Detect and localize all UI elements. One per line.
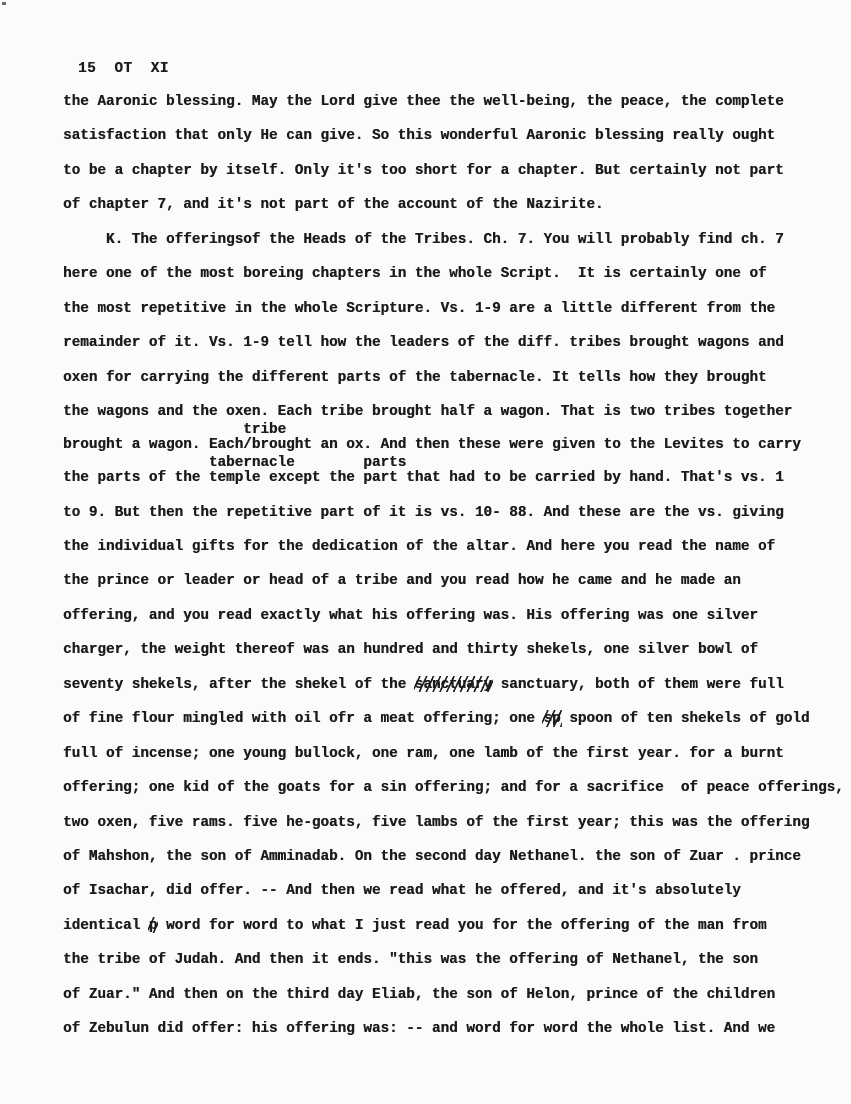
text-line: K. The offeringsof the Heads of the Trib… [63, 232, 784, 248]
text-line: the tribe of Judah. And then it ends. "t… [63, 952, 758, 968]
text-line: satisfaction that only He can give. So t… [63, 128, 775, 144]
text-line: the prince or leader or head of a tribe … [63, 573, 741, 589]
text-line: here one of the most boreing chapters in… [63, 266, 767, 282]
text-line: the parts of the temple except the part … [63, 470, 784, 486]
text-line: the wagons and the oxen. Each tribe brou… [63, 404, 792, 420]
text-line: to be a chapter by itself. Only it's too… [63, 163, 784, 179]
text-line: the individual gifts for the dedication … [63, 539, 775, 555]
struck-out-word: sp [543, 711, 560, 727]
text-line: seventy shekels, after the shekel of the… [63, 677, 784, 693]
text-line: of Isachar, did offer. -- And then we re… [63, 883, 741, 899]
text-line: identical p word for word to what I just… [63, 918, 767, 934]
text-line: of Zuar." And then on the third day Elia… [63, 987, 775, 1003]
text-line: remainder of it. Vs. 1-9 tell how the le… [63, 335, 784, 351]
text-line: of Mahshon, the son of Amminadab. On the… [63, 849, 801, 865]
interlinear-correction: tabernacle parts [63, 455, 406, 471]
text-line: of Zebulun did offer: his offering was: … [63, 1021, 775, 1037]
text-line: of chapter 7, and it's not part of the a… [63, 197, 604, 213]
scanned-document-page: 15 OT XI the Aaronic blessing. May the L… [0, 0, 851, 1104]
scan-artifact [2, 2, 6, 5]
text-line: charger, the weight thereof was an hundr… [63, 642, 758, 658]
text-line: full of incense; one young bullock, one … [63, 746, 784, 762]
struck-out-word: p [149, 918, 158, 934]
interlinear-correction: tribe [63, 422, 286, 438]
text-line: brought a wagon. Each/brought an ox. And… [63, 437, 801, 453]
text-line: the most repetitive in the whole Scriptu… [63, 301, 775, 317]
page-header: 15 OT XI [78, 61, 169, 77]
text-line: oxen for carrying the different parts of… [63, 370, 767, 386]
text-line: of fine flour mingled with oil ofr a mea… [63, 711, 809, 727]
text-line: the Aaronic blessing. May the Lord give … [63, 94, 784, 110]
struck-out-word: sanctuary [415, 677, 492, 693]
text-line: offering, and you read exactly what his … [63, 608, 758, 624]
text-line: offering; one kid of the goats for a sin… [63, 780, 844, 796]
text-line: to 9. But then the repetitive part of it… [63, 505, 784, 521]
text-line: two oxen, five rams. five he-goats, five… [63, 815, 809, 831]
